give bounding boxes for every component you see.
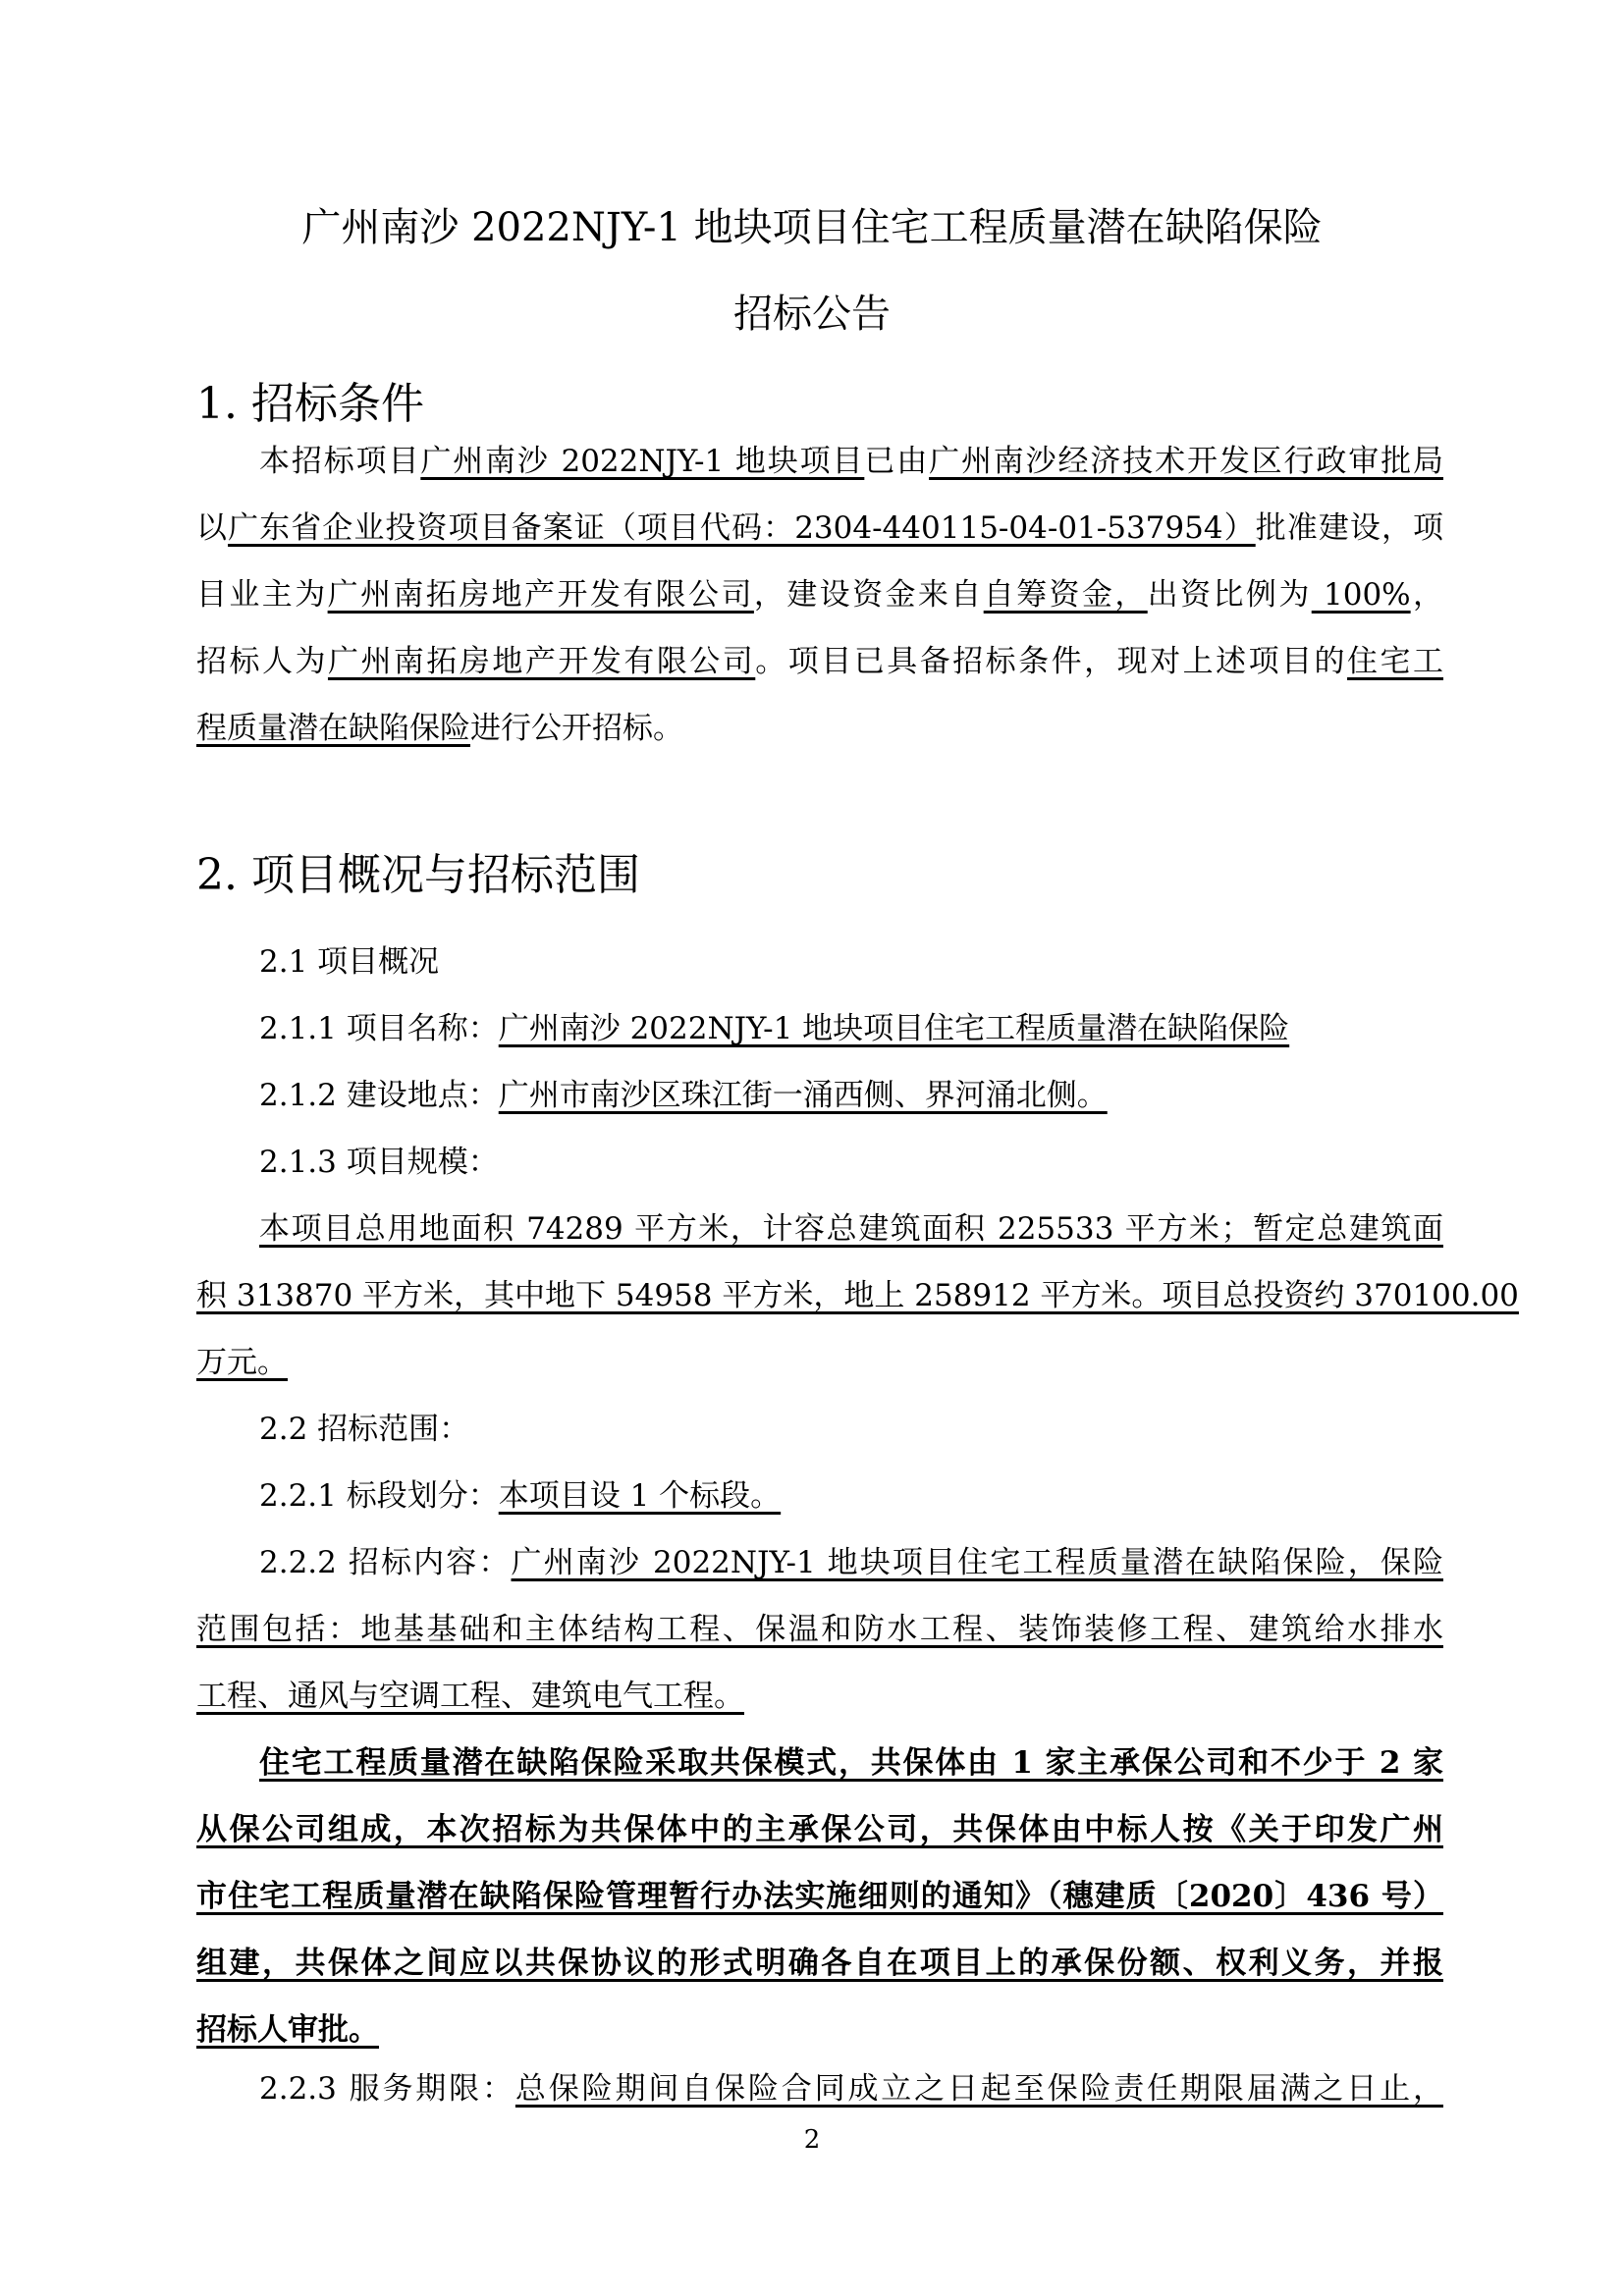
bid-content: 广州南沙 2022NJY-1 地块项目住宅工程质量潜在缺陷保险，保险 [512,1545,1443,1580]
section-1-line: 以广东省企业投资项目备案证（项目代码：2304-440115-04-01-537… [196,508,1443,548]
filled-field: 住宅工 [1347,644,1443,679]
item-label: 2.2.1 标段划分： [259,1478,499,1514]
item-label: 2.1.2 建设地点： [259,1078,499,1113]
text-segment: 目业主为 [196,577,328,613]
filled-field: 广州南沙 2022NJY-1 地块项目 [420,444,864,479]
item-label: 2.2.2 招标内容： [259,1545,512,1580]
section-1-line: 程质量潜在缺陷保险进行公开招标。 [196,709,1443,748]
coinsurance-line: 市住宅工程质量潜在缺陷保险管理暂行办法实施细则的通知》（穗建质〔2020〕436… [196,1877,1443,1916]
text-segment: 。项目已具备招标条件，现对上述项目的 [755,644,1347,679]
project-scale-line: 万元。 [196,1343,288,1382]
filled-field: 广州南拓房地产开发有限公司 [328,577,754,613]
coinsurance-line: 组建，共保体之间应以共保协议的形式明确各自在项目上的承保份额、权利义务，并报 [196,1944,1443,1983]
document-page: 广州南沙 2022NJY-1 地块项目住宅工程质量潜在缺陷保险 招标公告 1. … [0,0,1624,2296]
filled-field: 自筹资金， [984,577,1148,613]
subsection-2-1: 2.1 项目概况 [259,942,1443,982]
document-title: 广州南沙 2022NJY-1 地块项目住宅工程质量潜在缺陷保险 [0,204,1624,251]
text-segment: ，建设资金来自 [754,577,984,613]
coinsurance-line: 招标人审批。 [196,2010,379,2050]
filled-field: 100% [1312,577,1411,613]
filled-field: 广东省企业投资项目备案证（项目代码：2304-440115-04-01-5379… [228,510,1256,546]
section-1-line: 本招标项目广州南沙 2022NJY-1 地块项目已由广州南沙经济技术开发区行政审… [259,442,1443,481]
text-segment: 批准建设，项 [1256,510,1443,546]
item-2-2-1: 2.2.1 标段划分：本项目设 1 个标段。 [259,1476,1443,1516]
item-label: 2.2.3 服务期限： [259,2071,515,2107]
construction-site: 广州市南沙区珠江街一涌西侧、界河涌北侧。 [499,1078,1108,1113]
text-segment: 已由 [864,444,929,479]
item-2-1-2: 2.1.2 建设地点：广州市南沙区珠江街一涌西侧、界河涌北侧。 [259,1076,1443,1115]
item-2-1-3: 2.1.3 项目规模： [259,1143,1443,1182]
project-scale-line: 积 313870 平方米，其中地下 54958 平方米，地上 258912 平方… [196,1276,1443,1315]
coinsurance-line: 从保公司组成，本次招标为共保体中的主承保公司，共保体由中标人按《关于印发广州 [196,1810,1443,1849]
service-period: 总保险期间自保险合同成立之日起至保险责任期限届满之日止， [515,2071,1443,2107]
subsection-2-2: 2.2 招标范围： [259,1410,1443,1449]
text-segment: 以 [196,510,228,546]
item-2-1-1: 2.1.1 项目名称：广州南沙 2022NJY-1 地块项目住宅工程质量潜在缺陷… [259,1009,1443,1048]
document-subtitle: 招标公告 [0,291,1624,338]
item-2-2-2: 2.2.2 招标内容：广州南沙 2022NJY-1 地块项目住宅工程质量潜在缺陷… [259,1543,1443,1582]
bid-content-line: 工程、通风与空调工程、建筑电气工程。 [196,1677,744,1716]
bid-content-line: 范围包括：地基基础和主体结构工程、保温和防水工程、装饰装修工程、建筑给水排水 [196,1610,1443,1649]
section-1-heading: 1. 招标条件 [196,378,424,431]
coinsurance-line: 住宅工程质量潜在缺陷保险采取共保模式，共保体由 1 家主承保公司和不少于 2 家 [259,1743,1443,1783]
item-2-2-3: 2.2.3 服务期限：总保险期间自保险合同成立之日起至保险责任期限届满之日止， [259,2069,1443,2109]
filled-field: 广州南拓房地产开发有限公司 [328,644,755,679]
text-segment: 本招标项目 [259,444,420,479]
text-segment: 进行公开招标。 [470,711,683,746]
section-2-heading: 2. 项目概况与招标范围 [196,849,640,902]
text-segment: 招标人为 [196,644,328,679]
text-segment: ， [1411,577,1443,613]
page-number: 2 [0,2125,1624,2155]
project-scale-line: 本项目总用地面积 74289 平方米，计容总建筑面积 225533 平方米；暂定… [259,1209,1443,1249]
filled-field: 广州南沙经济技术开发区行政审批局 [929,444,1443,479]
item-label: 2.1.1 项目名称： [259,1011,499,1046]
project-name: 广州南沙 2022NJY-1 地块项目住宅工程质量潜在缺陷保险 [499,1011,1289,1046]
section-1-line: 招标人为广州南拓房地产开发有限公司。项目已具备招标条件，现对上述项目的住宅工 [196,642,1443,681]
filled-field: 程质量潜在缺陷保险 [196,711,470,746]
lot-division: 本项目设 1 个标段。 [499,1478,781,1514]
section-1-line: 目业主为广州南拓房地产开发有限公司，建设资金来自自筹资金，出资比例为 100%， [196,575,1443,614]
text-segment: 出资比例为 [1148,577,1312,613]
